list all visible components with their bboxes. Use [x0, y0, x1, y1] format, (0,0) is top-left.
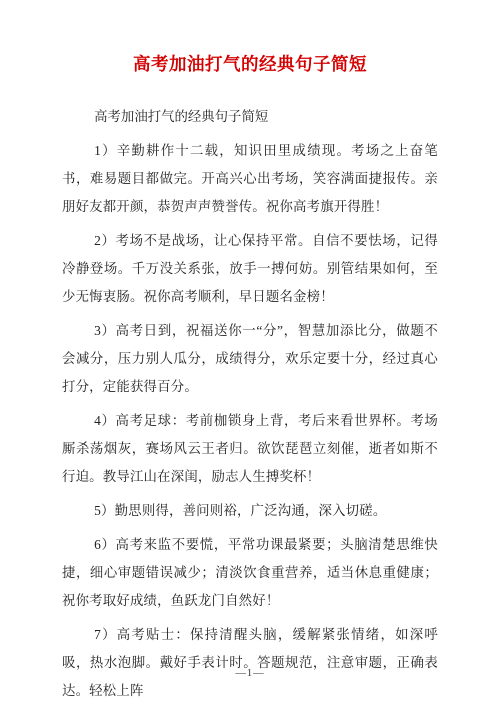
document-subtitle: 高考加油打气的经典句子简短: [62, 103, 438, 131]
paragraph-3: 3）高考日到，祝福送你一“分”，智慧加添比分，做题不会减分，压力别人瓜分，成绩得…: [62, 317, 438, 401]
paragraph-7: 7）高考贴士：保持清醒头脑，缓解紧张情绪，如深呼吸，热水泡脚。戴好手表计时。答题…: [62, 621, 438, 705]
document-page: 高考加油打气的经典句子简短 高考加油打气的经典句子简短 1）辛勤耕作十二载，知识…: [0, 0, 500, 707]
paragraph-6: 6）高考来监不要慌，平常功课最紧要；头脑清楚思维快捷，细心审题错误减少；清淡饮食…: [62, 531, 438, 615]
paragraph-5: 5）勤思则得，善问则裕，广泛沟通，深入切磋。: [62, 497, 438, 525]
paragraph-2: 2）考场不是战场，让心保持平常。自信不要怯场，记得冷静登场。千万没关系张，放手一…: [62, 227, 438, 311]
paragraph-1: 1）辛勤耕作十二载，知识田里成绩现。考场之上奋笔书，难易题目都做完。开高兴心出考…: [62, 137, 438, 221]
document-body: 1）辛勤耕作十二载，知识田里成绩现。考场之上奋笔书，难易题目都做完。开高兴心出考…: [62, 137, 438, 705]
page-number: —1—: [0, 668, 500, 679]
document-title: 高考加油打气的经典句子简短: [62, 52, 438, 77]
paragraph-4: 4）高考足球：考前枷锁身上背，考后来看世界杯。考场厮杀荡烟灰，赛场风云王者归。欲…: [62, 407, 438, 491]
